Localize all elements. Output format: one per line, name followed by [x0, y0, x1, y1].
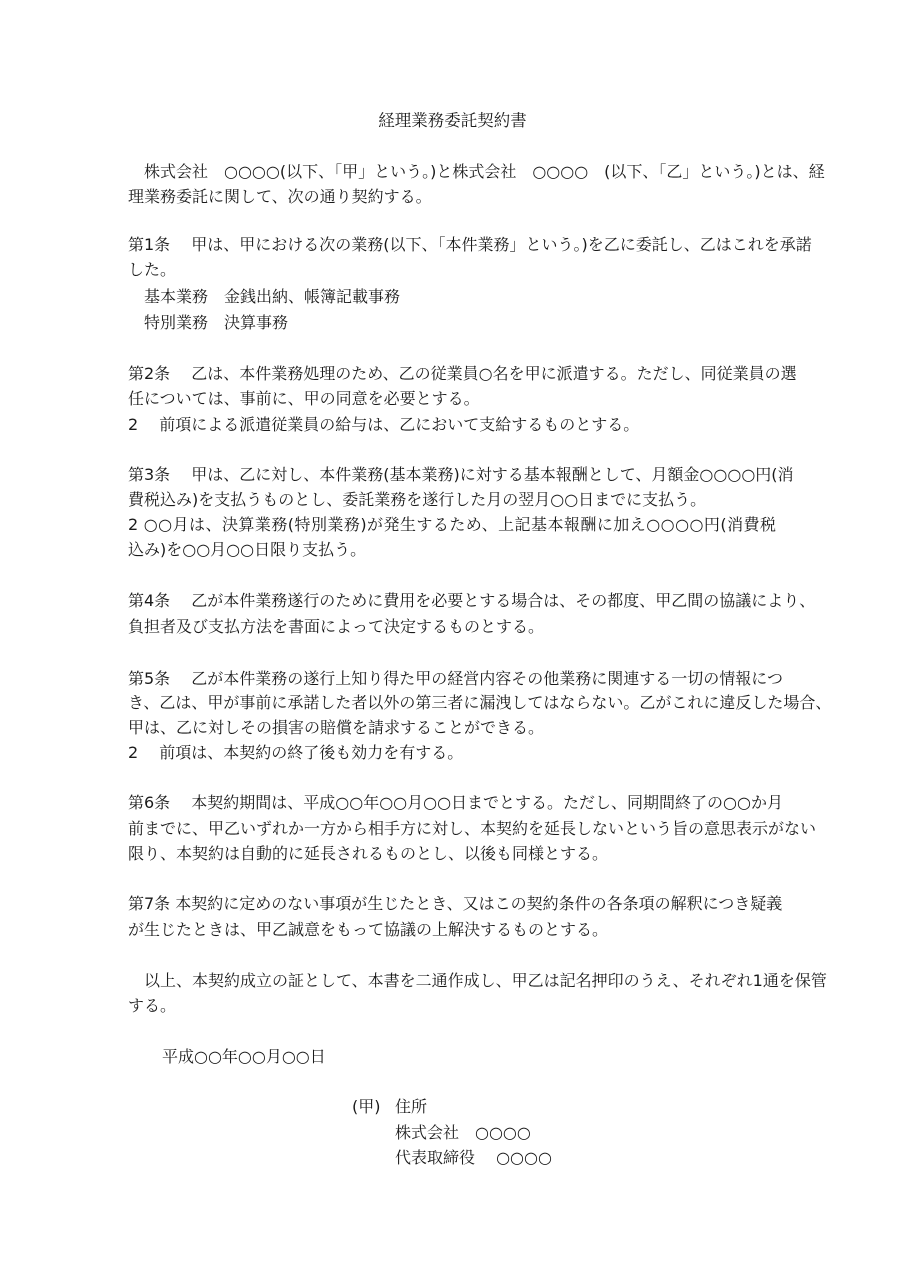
article-6-line: 限り、本契約は自動的に延長されるものとし、以後も同様とする。: [128, 843, 608, 865]
article-1-item-special: 特別業務 決算事務: [128, 312, 288, 334]
article-5-paragraph-2: 2 前項は、本契約の終了後も効力を有する。: [128, 742, 463, 764]
article-3-paragraph-2: 込み)を○○月○○日限り支払う。: [128, 539, 366, 561]
article-6-line: 第6条 本契約期間は、平成○○年○○月○○日までとする。ただし、同期間終了の○○…: [128, 792, 776, 814]
signature-company: 株式会社 ○○○○: [395, 1122, 531, 1144]
article-4-line: 負担者及び支払方法を書面によって決定するものとする。: [128, 616, 544, 638]
article-3-line: 第3条 甲は、乙に対し、本件業務(基本業務)に対する基本報酬として、月額金○○○…: [128, 464, 776, 486]
article-1-item-basic: 基本業務 金銭出納、帳簿記載事務: [128, 286, 400, 308]
article-4-line: 第4条 乙が本件業務遂行のために費用を必要とする場合は、その都度、甲乙間の協議に…: [128, 590, 776, 612]
contract-date: 平成○○年○○月○○日: [162, 1046, 326, 1068]
article-6-line: 前までに、甲乙いずれか一方から相手方に対し、本契約を延長しないという旨の意思表示…: [128, 818, 776, 840]
article-1-line: 第1条 甲は、甲における次の業務(以下、「本件業務」という。)を乙に委託し、乙は…: [128, 234, 776, 256]
intro-line: 株式会社 ○○○○(以下、「甲」という。)と株式会社 ○○○○ (以下、「乙」と…: [128, 161, 776, 183]
article-2-line: 任については、事前に、甲の同意を必要とする。: [128, 388, 480, 410]
signature-party-label: (甲): [352, 1096, 381, 1118]
article-3-line: 費税込み)を支払うものとし、委託業務を遂行した月の翌月○○日までに支払う。: [128, 489, 706, 511]
article-1-line: した。: [128, 259, 176, 281]
article-7-line: 第7条 本契約に定めのない事項が生じたとき、又はこの契約条件の各条項の解釈につき…: [128, 893, 776, 915]
article-2-line: 第2条 乙は、本件業務処理のため、乙の従業員○名を甲に派遣する。ただし、同従業員…: [128, 363, 776, 385]
article-3-paragraph-2: 2 ○○月は、決算業務(特別業務)が発生するため、上記基本報酬に加え○○○○円(…: [128, 514, 776, 536]
intro-line: 理業務委託に関して、次の通り契約する。: [128, 186, 432, 208]
article-5-line: き、乙は、甲が事前に承諾した者以外の第三者に漏洩してはならない。乙がこれに違反し…: [128, 692, 776, 714]
article-5-line: 第5条 乙が本件業務の遂行上知り得た甲の経営内容その他業務に関連する一切の情報に…: [128, 668, 776, 690]
document-title: 経理業務委託契約書: [0, 110, 905, 132]
signature-representative: 代表取締役 ○○○○: [395, 1147, 552, 1169]
article-2-paragraph-2: 2 前項による派遣従業員の給与は、乙において支給するものとする。: [128, 414, 639, 436]
closing-line: 以上、本契約成立の証として、本書を二通作成し、甲乙は記名押印のうえ、それぞれ1通…: [128, 970, 776, 992]
closing-line: する。: [128, 995, 176, 1017]
document-page: 経理業務委託契約書 株式会社 ○○○○(以下、「甲」という。)と株式会社 ○○○…: [0, 0, 905, 1280]
article-7-line: が生じたときは、甲乙誠意をもって協議の上解決するものとする。: [128, 919, 608, 941]
signature-address-label: 住所: [395, 1096, 427, 1118]
article-5-line: 甲は、乙に対しその損害の賠償を請求することができる。: [128, 717, 544, 739]
